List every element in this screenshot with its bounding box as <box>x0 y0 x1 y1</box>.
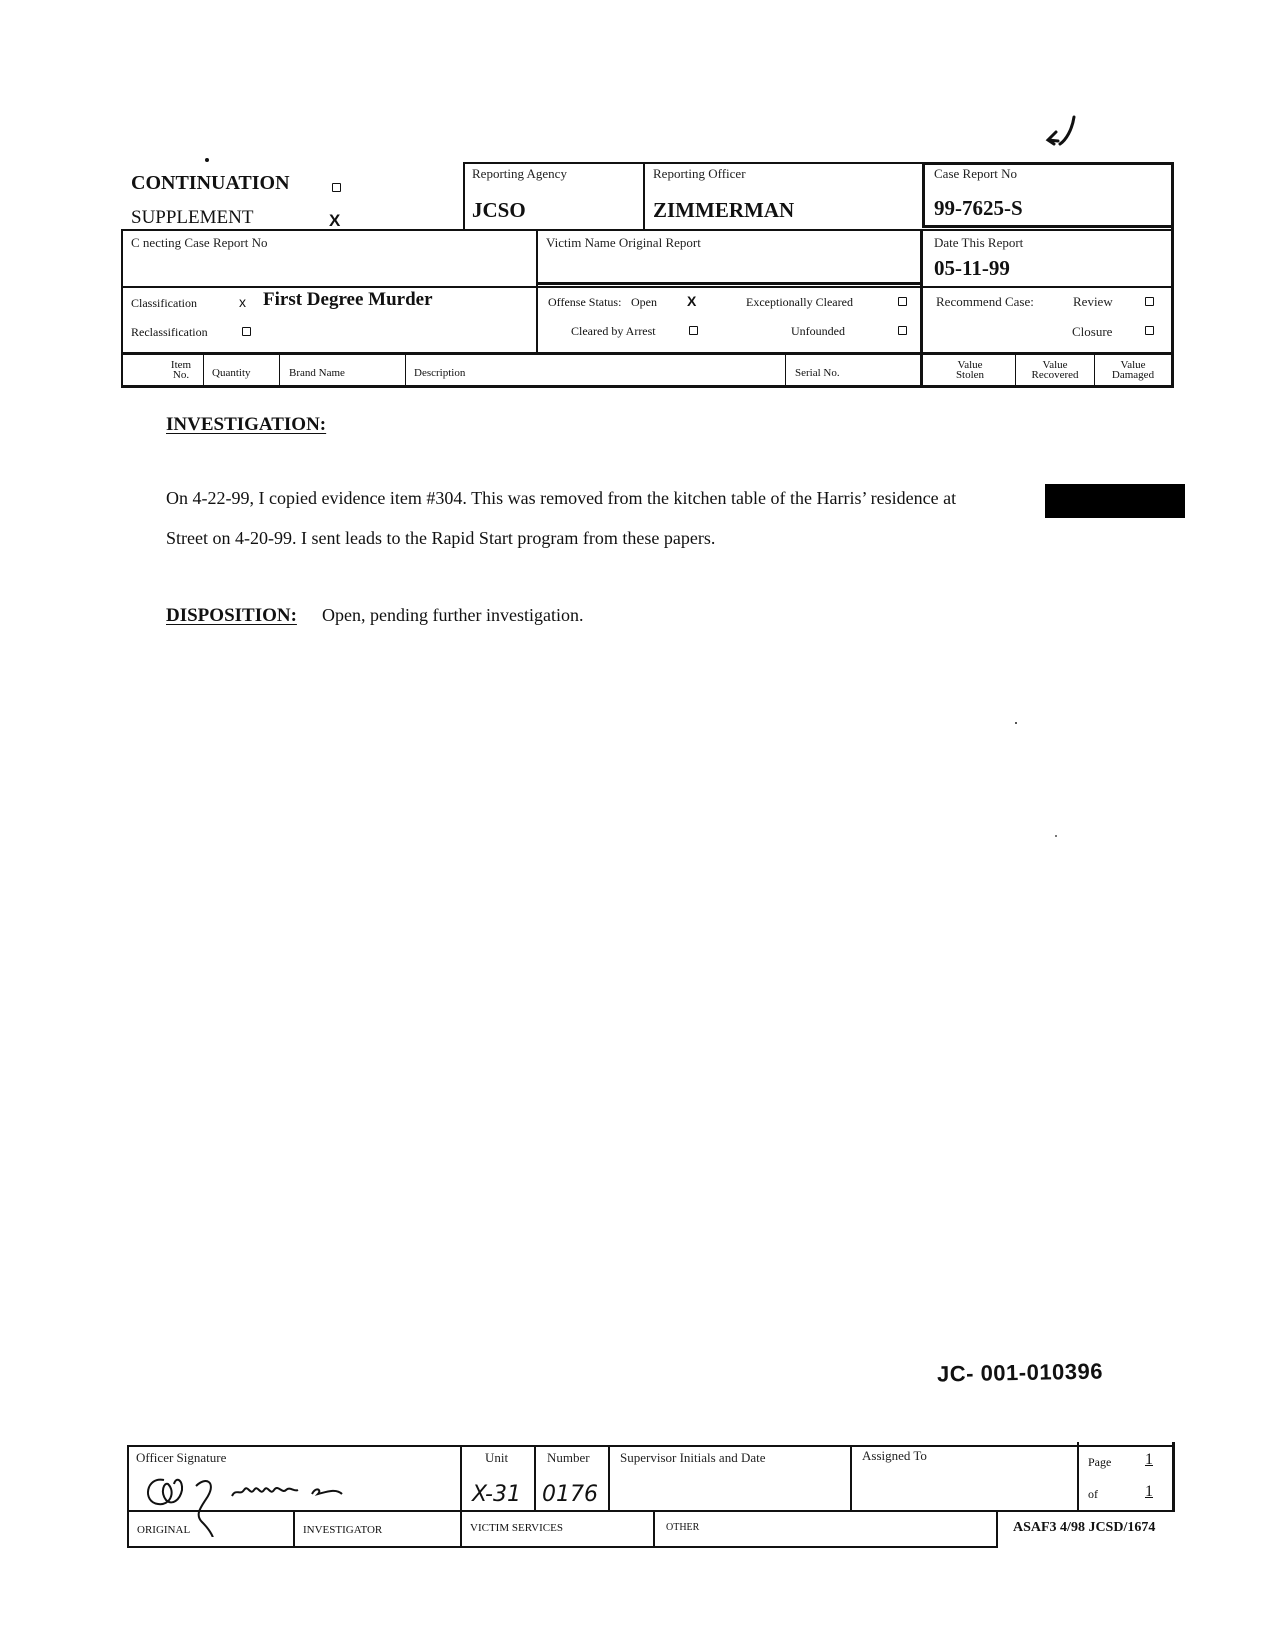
classification-mark: x <box>239 294 246 310</box>
disposition-text: Open, pending further investigation. <box>322 605 583 626</box>
connecting-case-field[interactable] <box>131 255 526 281</box>
col-quantity: Quantity <box>212 367 251 379</box>
classification-label: Classification <box>131 296 197 311</box>
col-description: Description <box>414 367 465 379</box>
case-report-no-value: 99-7625-S <box>934 196 1023 221</box>
continuation-label: CONTINUATION <box>131 172 290 195</box>
col-serial-no: Serial No. <box>795 367 840 379</box>
victim-name-label: Victim Name Original Report <box>546 235 701 251</box>
col-item-no: ItemNo. <box>166 360 196 380</box>
disposition-heading: DISPOSITION: <box>166 605 297 627</box>
offense-status-label: Offense Status: <box>548 295 621 310</box>
cleared-by-arrest-label: Cleared by Arrest <box>571 324 656 339</box>
number-value: 0176 <box>542 1482 598 1507</box>
investigation-heading: INVESTIGATION: <box>166 414 326 436</box>
closure-label: Closure <box>1072 324 1112 340</box>
col-value-stolen: ValueStolen <box>945 360 995 380</box>
handwritten-check-icon <box>1040 112 1090 157</box>
page-label: Page <box>1088 1455 1111 1470</box>
review-checkbox[interactable] <box>1145 297 1154 306</box>
exceptionally-cleared-label: Exceptionally Cleared <box>746 295 853 310</box>
date-label: Date This Report <box>934 235 1023 251</box>
supervisor-field[interactable] <box>620 1470 840 1506</box>
assigned-to-field[interactable] <box>862 1470 1067 1506</box>
unit-value: X-31 <box>472 1482 521 1507</box>
reporting-officer-value: ZIMMERMAN <box>653 198 794 223</box>
continuation-checkbox[interactable] <box>332 183 341 192</box>
reporting-agency-label: Reporting Agency <box>472 166 567 182</box>
col-value-recovered: ValueRecovered <box>1020 360 1090 380</box>
offense-status-open-label: Open <box>631 295 657 310</box>
supervisor-label: Supervisor Initials and Date <box>620 1450 766 1466</box>
unit-label: Unit <box>485 1450 508 1466</box>
distribution-original: ORIGINAL <box>137 1524 190 1536</box>
closure-checkbox[interactable] <box>1145 326 1154 335</box>
assigned-to-label: Assigned To <box>862 1448 927 1464</box>
connecting-case-label: C necting Case Report No <box>131 235 267 251</box>
number-label: Number <box>547 1450 590 1466</box>
case-report-no-label: Case Report No <box>934 166 1017 182</box>
supplement-label: SUPPLEMENT <box>131 207 253 229</box>
review-label: Review <box>1073 294 1113 310</box>
offense-status-open-mark[interactable]: X <box>687 293 696 309</box>
reclassification-checkbox[interactable] <box>242 327 251 336</box>
investigation-line-1: On 4-22-99, I copied evidence item #304.… <box>166 488 956 509</box>
speck <box>1015 722 1017 724</box>
date-value: 05-11-99 <box>934 256 1010 281</box>
unfounded-checkbox[interactable] <box>898 326 907 335</box>
redaction-block <box>1045 484 1185 518</box>
form-id: ASAF3 4/98 JCSD/1674 <box>1013 1520 1155 1536</box>
victim-name-field[interactable] <box>546 255 911 281</box>
bates-number: JC- 001-010396 <box>937 1359 1103 1388</box>
col-value-damaged: ValueDamaged <box>1100 360 1166 380</box>
recommend-case-label: Recommend Case: <box>936 294 1034 310</box>
stray-dot <box>205 158 209 162</box>
of-label: of <box>1088 1487 1098 1502</box>
distribution-victim-services: VICTIM SERVICES <box>470 1522 563 1534</box>
of-value: 1 <box>1145 1483 1153 1501</box>
exceptionally-cleared-checkbox[interactable] <box>898 297 907 306</box>
distribution-investigator: INVESTIGATOR <box>303 1524 382 1536</box>
supplement-mark: X <box>329 211 340 231</box>
cleared-by-arrest-checkbox[interactable] <box>689 326 698 335</box>
classification-value: First Degree Murder <box>263 289 433 311</box>
reporting-agency-value: JCSO <box>472 198 526 223</box>
reclassification-label: Reclassification <box>131 325 208 340</box>
distribution-other: OTHER <box>666 1522 699 1533</box>
col-brand-name: Brand Name <box>289 367 345 379</box>
speck <box>1055 835 1057 837</box>
page-value: 1 <box>1145 1451 1153 1469</box>
unfounded-label: Unfounded <box>791 324 845 339</box>
reporting-officer-label: Reporting Officer <box>653 166 746 182</box>
investigation-line-2: Street on 4-20-99. I sent leads to the R… <box>166 528 715 549</box>
